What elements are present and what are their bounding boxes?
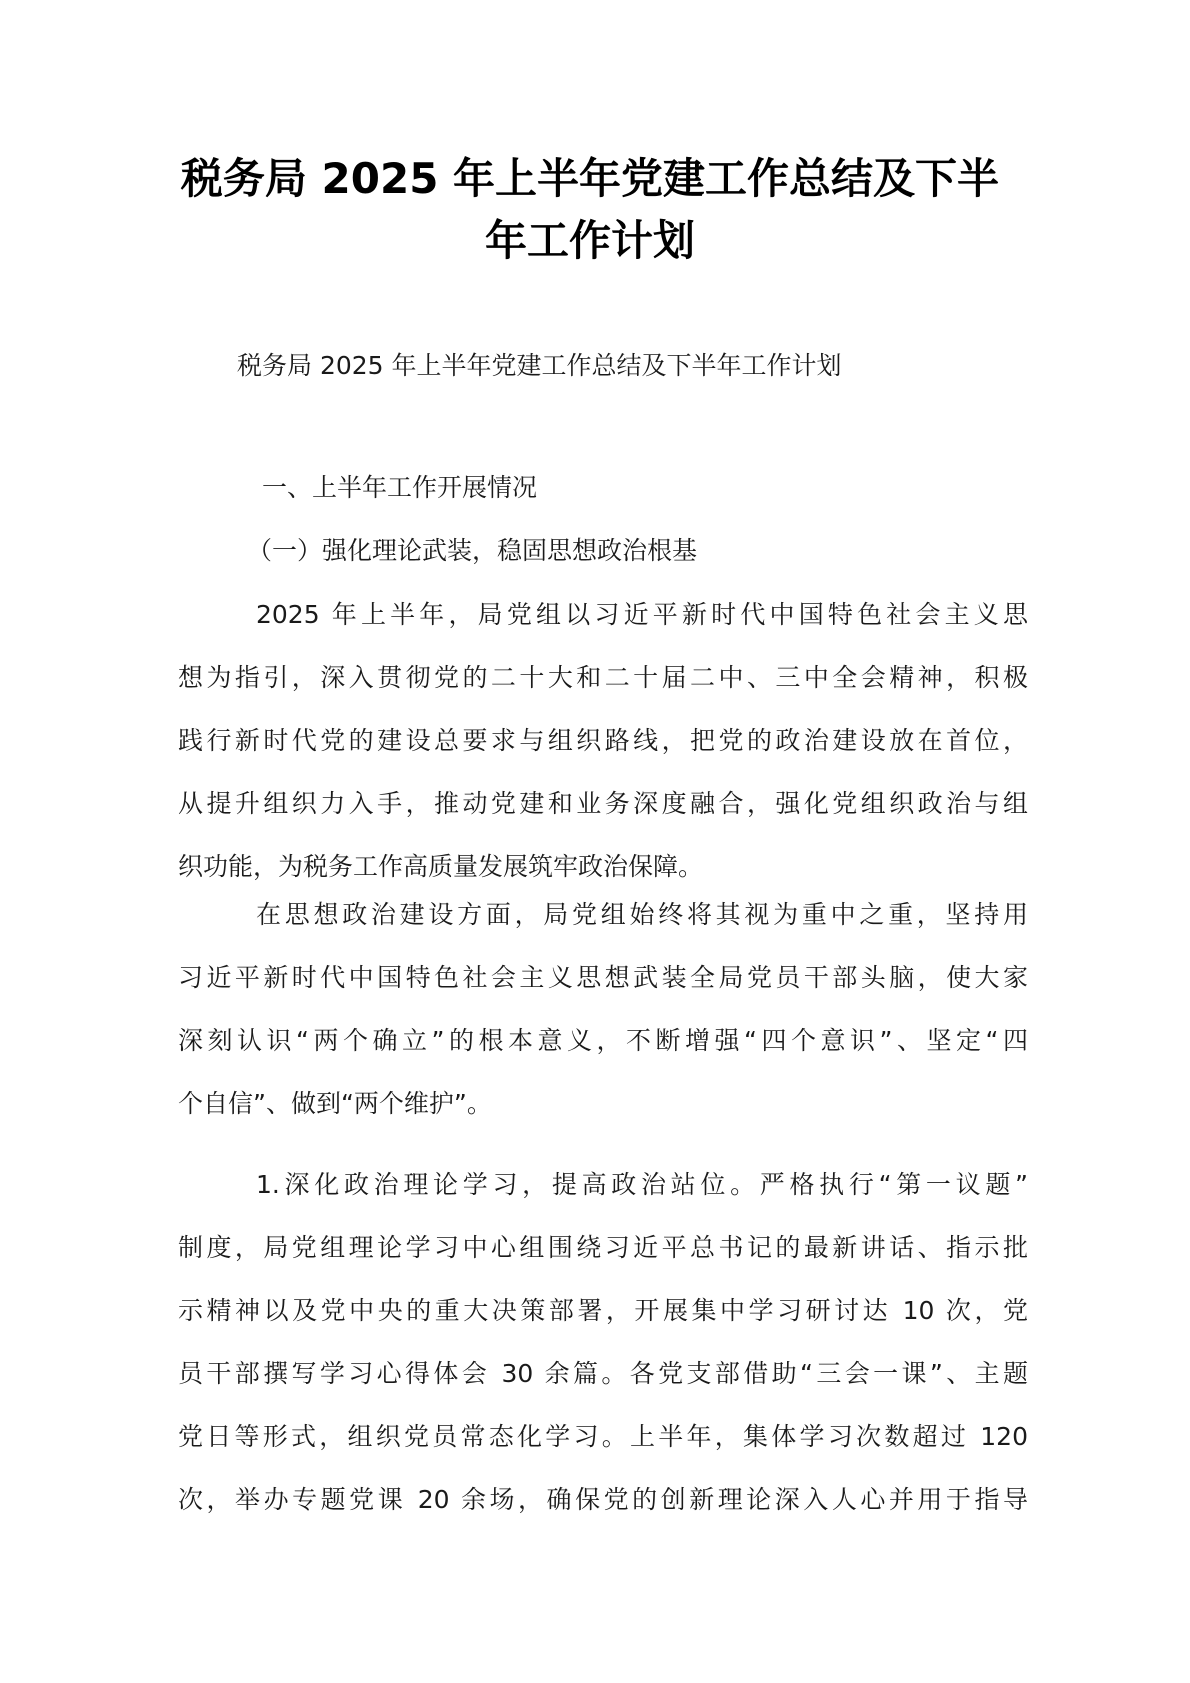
paragraph-line: 习近平新时代中国特色社会主义思想武装全局党员干部头脑，使大家 (178, 960, 1028, 1023)
paragraph-line: 1.深化政治理论学习，提高政治站位。严格执行“第一议题” (178, 1167, 1028, 1230)
paragraph-line: 2025 年上半年，局党组以习近平新时代中国特色社会主义思 (178, 597, 1028, 660)
paragraph-line: 员干部撰写学习心得体会 30 余篇。各党支部借助“三会一课”、主题 (178, 1356, 1028, 1419)
paragraph-line: 制度，局党组理论学习中心组围绕习近平总书记的最新讲话、指示批 (178, 1230, 1028, 1293)
document-subtitle: 税务局 2025 年上半年党建工作总结及下半年工作计划 (237, 348, 842, 384)
paragraph-line: 示精神以及党中央的重大决策部署，开展集中学习研讨达 10 次，党 (178, 1293, 1028, 1356)
paragraph-line: 践行新时代党的建设总要求与组织路线，把党的政治建设放在首位， (178, 723, 1028, 786)
paragraph-1: 2025 年上半年，局党组以习近平新时代中国特色社会主义思 想为指引，深入贯彻党… (178, 597, 1028, 912)
paragraph-line: 党日等形式，组织党员常态化学习。上半年，集体学习次数超过 120 (178, 1419, 1028, 1482)
paragraph-line: 在思想政治建设方面，局党组始终将其视为重中之重，坚持用 (178, 897, 1028, 960)
title-line-1: 税务局 2025 年上半年党建工作总结及下半 (150, 148, 1030, 210)
document-page: 税务局 2025 年上半年党建工作总结及下半 年工作计划 税务局 2025 年上… (0, 0, 1190, 1683)
subsection-heading: （一）强化理论武装，稳固思想政治根基 (247, 533, 697, 569)
paragraph-2: 在思想政治建设方面，局党组始终将其视为重中之重，坚持用 习近平新时代中国特色社会… (178, 897, 1028, 1149)
paragraph-line: 深刻认识“两个确立”的根本意义，不断增强“四个意识”、坚定“四 (178, 1023, 1028, 1086)
paragraph-3: 1.深化政治理论学习，提高政治站位。严格执行“第一议题” 制度，局党组理论学习中… (178, 1167, 1028, 1545)
paragraph-line: 次，举办专题党课 20 余场，确保党的创新理论深入人心并用于指导 (178, 1482, 1028, 1545)
section-heading: 一、上半年工作开展情况 (262, 470, 537, 506)
document-title: 税务局 2025 年上半年党建工作总结及下半 年工作计划 (150, 148, 1030, 272)
paragraph-line: 想为指引，深入贯彻党的二十大和二十届二中、三中全会精神，积极 (178, 660, 1028, 723)
title-line-2: 年工作计划 (150, 210, 1030, 272)
paragraph-line: 个自信”、做到“两个维护”。 (178, 1086, 1028, 1149)
paragraph-line: 从提升组织力入手，推动党建和业务深度融合，强化党组织政治与组 (178, 786, 1028, 849)
